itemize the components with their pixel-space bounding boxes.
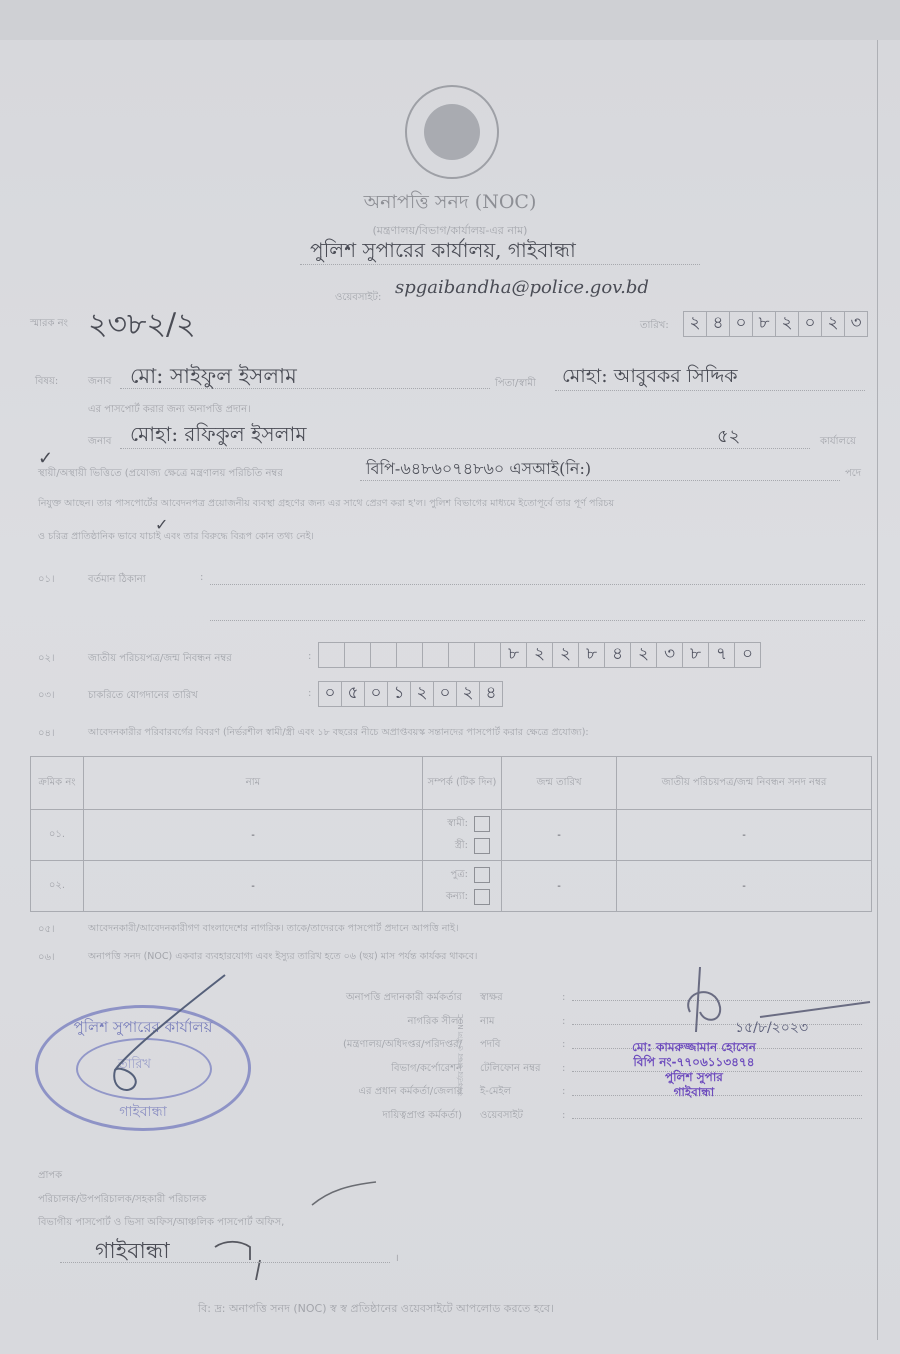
digit-box: ২ <box>775 311 798 337</box>
digit-box <box>344 642 370 668</box>
officer-line <box>120 448 810 449</box>
relation-checkbox[interactable] <box>474 816 490 832</box>
digit-box: ২ <box>552 642 578 668</box>
stamp-line: গাইবান্ধা <box>632 1085 756 1100</box>
vertical-label: কর্মকর্তার স্বাক্ষর ও সীল NOC <box>455 985 467 1125</box>
row-dob: - <box>502 861 617 912</box>
second-prefix: জনাব <box>88 434 111 451</box>
document-title: অনাপত্তি সনদ (NOC) <box>0 188 900 220</box>
relation-label: স্বামী: <box>447 816 468 833</box>
sig-line <box>572 1118 862 1119</box>
government-seal-icon <box>405 85 499 179</box>
key-designation: পদবি <box>480 1033 541 1057</box>
digit-box: ০ <box>729 311 752 337</box>
relation-cell: পুত্র: কন্যা: <box>423 861 502 912</box>
row-dob: - <box>502 810 617 861</box>
signatory-keys: স্বাক্ষর নাম পদবি টেলিফোন নম্বর ই-মেইল ও… <box>480 986 541 1127</box>
signatory-line: দায়িত্বপ্রাপ্ত কর্মকর্তা) <box>262 1104 462 1128</box>
body-line-1: নিযুক্ত আছেন। তার পাসপোর্টের আবেদনপত্র প… <box>38 497 614 512</box>
colon: : <box>200 572 203 583</box>
name-prefix: জনাব <box>88 374 111 391</box>
digit-box: ৩ <box>656 642 682 668</box>
office-label: কার্যালয়ে <box>820 434 856 451</box>
relation-cell: স্বামী: স্ত্রী: <box>423 810 502 861</box>
digit-box: ২ <box>821 311 844 337</box>
stamp-line: পুলিশ সুপার <box>632 1070 756 1085</box>
digit-box: ২ <box>526 642 552 668</box>
address-label: বর্তমান ঠিকানা <box>88 572 146 589</box>
digit-box <box>474 642 500 668</box>
recipient-label: প্রাপক <box>38 1168 62 1185</box>
relation-label: পুত্র: <box>450 867 468 884</box>
colon: : <box>308 651 311 662</box>
digit-box: ২ <box>410 681 433 707</box>
signatory-line: (মন্ত্রণালয়/অধিদপ্তর/পরিদপ্তর/ <box>262 1033 462 1057</box>
signatory-line: এর প্রধান কর্মকর্তা/জেলার <box>262 1080 462 1104</box>
key-name: নাম <box>480 1010 541 1034</box>
digit-box <box>448 642 474 668</box>
col-name: নাম <box>84 757 423 810</box>
declaration-6: অনাপত্তি সনদ (NOC) একবার ব্যবহারযোগ্য এব… <box>88 950 477 965</box>
join-date-boxes: ০৫০১২০২৪ <box>318 681 503 707</box>
family-note: আবেদনকারীর পরিবারবর্গের বিবরণ (নির্ভরশীল… <box>88 726 589 741</box>
issuer-line <box>300 264 700 265</box>
digit-box: ০ <box>734 642 761 668</box>
digit-box: ৩ <box>844 311 868 337</box>
ref-number: ২৩৮২/২ <box>88 300 196 351</box>
key-signature: স্বাক্ষর <box>480 986 541 1010</box>
col-serial: ক্রমিক নং <box>31 757 84 810</box>
field-num: ০২। <box>38 651 55 668</box>
digit-box <box>370 642 396 668</box>
address-line-1 <box>210 584 865 585</box>
nid-label: জাতীয় পরিচয়পত্র/জন্ম নিবন্ধন নম্বর <box>88 651 232 668</box>
recipient-line-2: বিভাগীয় পাসপোর্ট ও ভিসা অফিস/আঞ্চলিক পা… <box>38 1215 284 1232</box>
digit-box: ৭ <box>708 642 734 668</box>
table-row: ০২. - পুত্র: কন্যা: - - <box>31 861 872 912</box>
signatory-line: অনাপত্তি প্রদানকারী কর্মকর্তার <box>262 986 462 1010</box>
key-website: ওয়েবসাইট <box>480 1104 541 1128</box>
signatory-line: নাগরিক সীল। <box>262 1010 462 1034</box>
digit-box: ১ <box>387 681 410 707</box>
post-label: পদে <box>845 466 861 483</box>
key-phone: টেলিফোন নম্বর <box>480 1057 541 1081</box>
table-row: ০১. - স্বামী: স্ত্রী: - - <box>31 810 872 861</box>
col-dob: জন্ম তারিখ <box>502 757 617 810</box>
row-nid: - <box>617 861 872 912</box>
field-num: ০৩। <box>38 688 55 705</box>
col-relation: সম্পর্ক (টিক দিন) <box>423 757 502 810</box>
signatory-description: অনাপত্তি প্রদানকারী কর্মকর্তার নাগরিক সী… <box>262 986 462 1127</box>
signatory-line: বিভাগ/কর্পোরেশন <box>262 1057 462 1081</box>
digit-box: ৪ <box>604 642 630 668</box>
website-value: spgaibandha@police.gov.bd <box>395 277 649 298</box>
field-num: ০৪। <box>38 726 55 743</box>
digit-box: ০ <box>433 681 456 707</box>
date-label: তারিখ: <box>640 318 669 335</box>
field-num: ০৫। <box>38 922 55 939</box>
field-num: ০৬। <box>38 950 55 967</box>
stamp-line: বিপি নং-৭৭০৬১১৩৪৭৪ <box>632 1055 756 1070</box>
digit-box <box>396 642 422 668</box>
issue-date-boxes: ২৪০৮২০২৩ <box>683 311 868 337</box>
digit-box: ০ <box>318 681 341 707</box>
body-line-2: ও চরিত্র প্রাতিষ্ঠানিক ভাবে যাচাই এবং তা… <box>38 530 314 545</box>
digit-box: ৪ <box>479 681 503 707</box>
digit-box: ৮ <box>752 311 775 337</box>
declaration-5: আবেদনকারী/আবেদনকারীগণ বাংলাদেশের নাগরিক।… <box>88 922 459 937</box>
row-name: - <box>84 810 423 861</box>
digit-box: ৮ <box>500 642 526 668</box>
address-line-2 <box>210 620 865 621</box>
father-line <box>555 390 865 391</box>
officer-stamp: মো: কামরুজ্জামান হোসেন বিপি নং-৭৭০৬১১৩৪৭… <box>632 1040 756 1100</box>
digit-box: ৮ <box>682 642 708 668</box>
family-table: ক্রমিক নং নাম সম্পর্ক (টিক দিন) জন্ম তার… <box>30 756 872 912</box>
relation-checkbox[interactable] <box>474 838 490 854</box>
relation-label: স্ত্রী: <box>455 838 468 855</box>
digit-box: ০ <box>798 311 821 337</box>
digit-box: ৪ <box>706 311 729 337</box>
ref-label: স্মারক নং <box>30 316 68 333</box>
website-label: ওয়েবসাইট: <box>335 290 381 307</box>
applicant-name: মো: সাইফুল ইসলাম <box>130 360 297 395</box>
digit-box: ০ <box>364 681 387 707</box>
stamp-line: মো: কামরুজ্জামান হোসেন <box>632 1040 756 1055</box>
key-email: ই-মেইল <box>480 1080 541 1104</box>
bp-line <box>360 480 840 481</box>
relation-checkbox[interactable] <box>474 867 490 883</box>
footer-note: বি: দ্র: অনাপত্তি সনদ (NOC) স্ব স্ব প্রত… <box>198 1300 554 1319</box>
recipient-line-1: পরিচালক/উপপরিচালক/সহকারী পরিচালক <box>38 1192 206 1209</box>
seal-bottom-text: গাইবান্ধা <box>38 1100 248 1124</box>
join-date-label: চাকরিতে যোগদানের তারিখ <box>88 688 198 705</box>
digit-box: ২ <box>683 311 706 337</box>
colon-column: :::::: <box>562 986 565 1127</box>
row-serial: ০১. <box>31 810 84 861</box>
colon: : <box>308 688 311 699</box>
checkmark-icon <box>310 1180 380 1210</box>
row-nid: - <box>617 810 872 861</box>
bp-number: বিপি-৬৪৮৬০৭৪৮৬০ এসআই(নি:) <box>366 456 591 483</box>
digit-box: ৮ <box>578 642 604 668</box>
recipient-city: গাইবান্ধা <box>95 1234 170 1271</box>
digit-box <box>422 642 448 668</box>
field-num: ০১। <box>38 572 55 589</box>
relation-checkbox[interactable] <box>474 889 490 905</box>
applicant-line <box>120 388 490 389</box>
row-serial: ০২. <box>31 861 84 912</box>
line-end: । <box>395 1250 399 1264</box>
nid-boxes: ৮২২৮৪২৩৮৭০ <box>318 642 761 668</box>
digit-box: ৫ <box>341 681 364 707</box>
father-label: পিতা/স্বামী <box>495 376 536 393</box>
row-name: - <box>84 861 423 912</box>
signature-date: ১৫/৮/২০২৩ <box>735 1016 808 1040</box>
col-nid: জাতীয় পরিচয়পত্র/জন্ম নিবন্ধন সনদ নম্বর <box>617 757 872 810</box>
subject-label: বিষয়: <box>35 374 58 391</box>
handwriting-stroke-icon <box>210 1235 270 1285</box>
digit-box: ২ <box>456 681 479 707</box>
relation-label: কন্যা: <box>446 889 468 906</box>
seal-signature-stroke-icon <box>100 970 230 1100</box>
digit-box <box>318 642 344 668</box>
digit-box: ২ <box>630 642 656 668</box>
permanent-label: স্থায়ী/অস্থায়ী ভিত্তিতে (প্রযোজ্য ক্ষে… <box>38 466 283 483</box>
purpose-line: এর পাসপোর্ট করার জন্য অনাপত্তি প্রদান। <box>88 402 251 419</box>
recipient-line <box>60 1262 390 1263</box>
